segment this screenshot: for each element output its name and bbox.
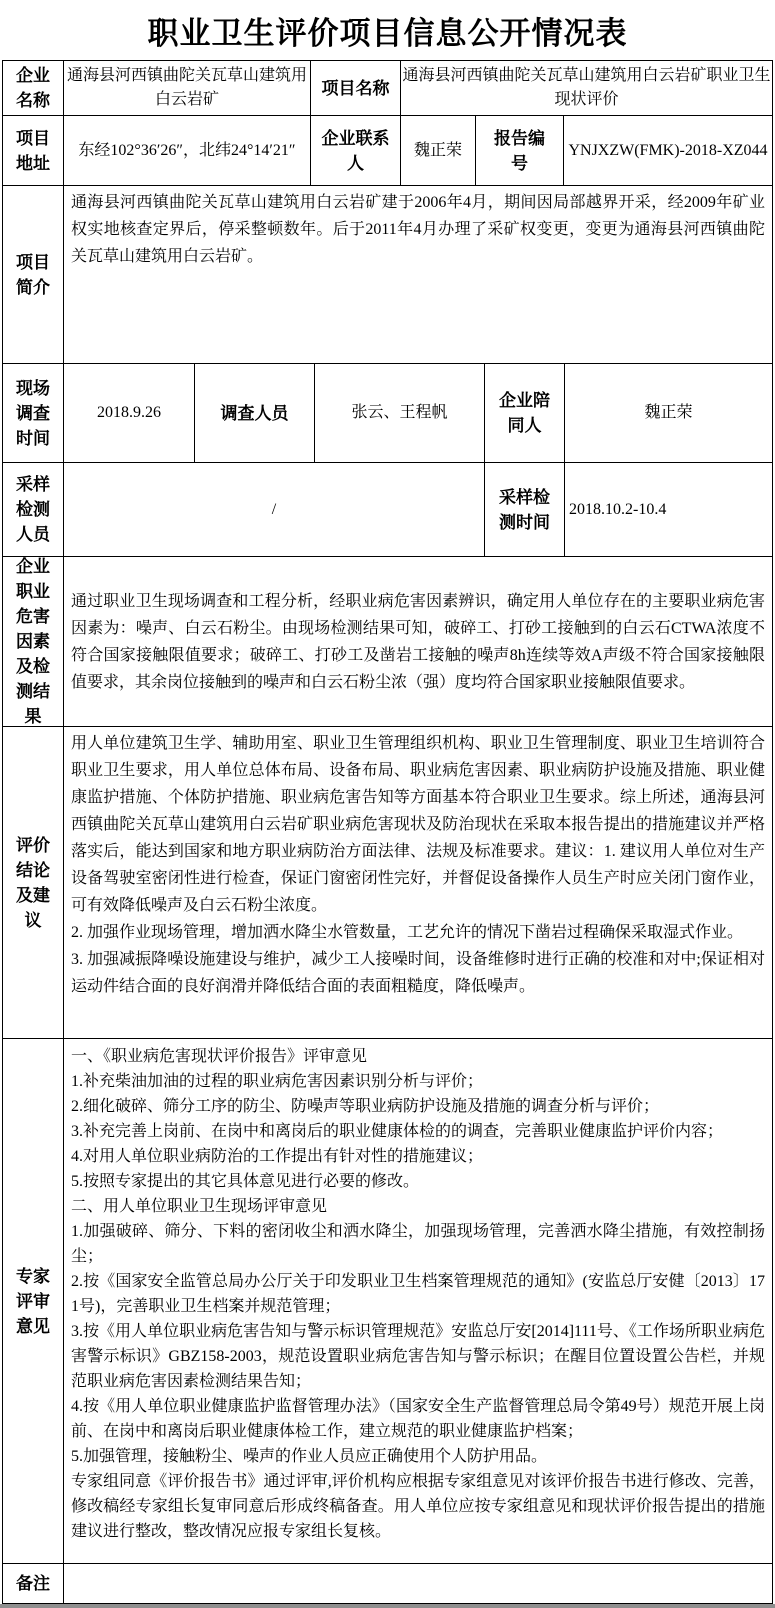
contact-value: 魏正荣 [401, 116, 476, 186]
expert-review-value: 一、《职业病危害现状评价报告》评审意见 1.补充柴油加油的过程的职业病危害因素识… [64, 1039, 772, 1564]
hazards-label: 企业职业危害因素及检测结果 [3, 557, 64, 727]
surveyors-value: 张云、王程帆 [315, 364, 485, 463]
row-site-survey: 现场调查时间 2018.9.26 调查人员 张云、王程帆 企业陪同人 魏正荣 [3, 364, 772, 463]
expert-review-label: 专家评审意见 [3, 1039, 64, 1564]
row-intro: 项目简介 通海县河西镇曲陀关瓦草山建筑用白云岩矿建于2006年4月，期间因局部越… [3, 186, 772, 364]
remark-value [64, 1564, 772, 1603]
project-address-label: 项目地址 [3, 116, 64, 186]
row-remark: 备注 [3, 1564, 772, 1603]
escort-value: 魏正荣 [565, 364, 772, 463]
conclusion-value: 用人单位建筑卫生学、辅助用室、职业卫生管理组织机构、职业卫生管理制度、职业卫生培… [64, 727, 772, 1039]
contact-label: 企业联系人 [311, 116, 401, 186]
intro-label: 项目简介 [3, 186, 64, 364]
escort-label: 企业陪同人 [485, 364, 565, 463]
survey-time-value: 2018.9.26 [64, 364, 195, 463]
sampling-time-value: 2018.10.2-10.4 [565, 463, 772, 557]
project-address-value: 东经102°36′26″，北纬24°14′21″ [64, 116, 311, 186]
remark-label: 备注 [3, 1564, 64, 1603]
row-address-contact: 项目地址 东经102°36′26″，北纬24°14′21″ 企业联系人 魏正荣 … [3, 116, 772, 186]
sampling-time-label: 采样检测时间 [485, 463, 565, 557]
bottom-strip [0, 1604, 775, 1608]
info-table: 企业名称 通海县河西镇曲陀关瓦草山建筑用白云岩矿 项目名称 通海县河西镇曲陀关瓦… [2, 60, 773, 1604]
report-no-label: 报告编号 [476, 116, 564, 186]
report-no-value: YNJXZW(FMK)-2018-XZ044 [564, 116, 772, 186]
surveyors-label: 调查人员 [195, 364, 315, 463]
intro-value: 通海县河西镇曲陀关瓦草山建筑用白云岩矿建于2006年4月，期间因局部越界开采，经… [64, 186, 772, 364]
samplers-label: 采样检测人员 [3, 463, 64, 557]
row-hazards: 企业职业危害因素及检测结果 通过职业卫生现场调查和工程分析，经职业病危害因素辨识… [3, 557, 772, 727]
survey-time-label: 现场调查时间 [3, 364, 64, 463]
row-conclusion: 评价结论及建议 用人单位建筑卫生学、辅助用室、职业卫生管理组织机构、职业卫生管理… [3, 727, 772, 1039]
row-sampling: 采样检测人员 / 采样检测时间 2018.10.2-10.4 [3, 463, 772, 557]
conclusion-label: 评价结论及建议 [3, 727, 64, 1039]
document-page: 职业卫生评价项目信息公开情况表 企业名称 通海县河西镇曲陀关瓦草山建筑用白云岩矿… [0, 0, 775, 1608]
project-name-value: 通海县河西镇曲陀关瓦草山建筑用白云岩矿职业卫生现状评价 [401, 61, 772, 116]
row-expert-review: 专家评审意见 一、《职业病危害现状评价报告》评审意见 1.补充柴油加油的过程的职… [3, 1039, 772, 1564]
row-company-project: 企业名称 通海县河西镇曲陀关瓦草山建筑用白云岩矿 项目名称 通海县河西镇曲陀关瓦… [3, 61, 772, 116]
hazards-value: 通过职业卫生现场调查和工程分析，经职业病危害因素辨识，确定用人单位存在的主要职业… [64, 557, 772, 727]
company-name-value: 通海县河西镇曲陀关瓦草山建筑用白云岩矿 [64, 61, 311, 116]
page-title: 职业卫生评价项目信息公开情况表 [0, 0, 775, 60]
company-name-label: 企业名称 [3, 61, 64, 116]
samplers-value: / [64, 463, 485, 557]
project-name-label: 项目名称 [311, 61, 401, 116]
